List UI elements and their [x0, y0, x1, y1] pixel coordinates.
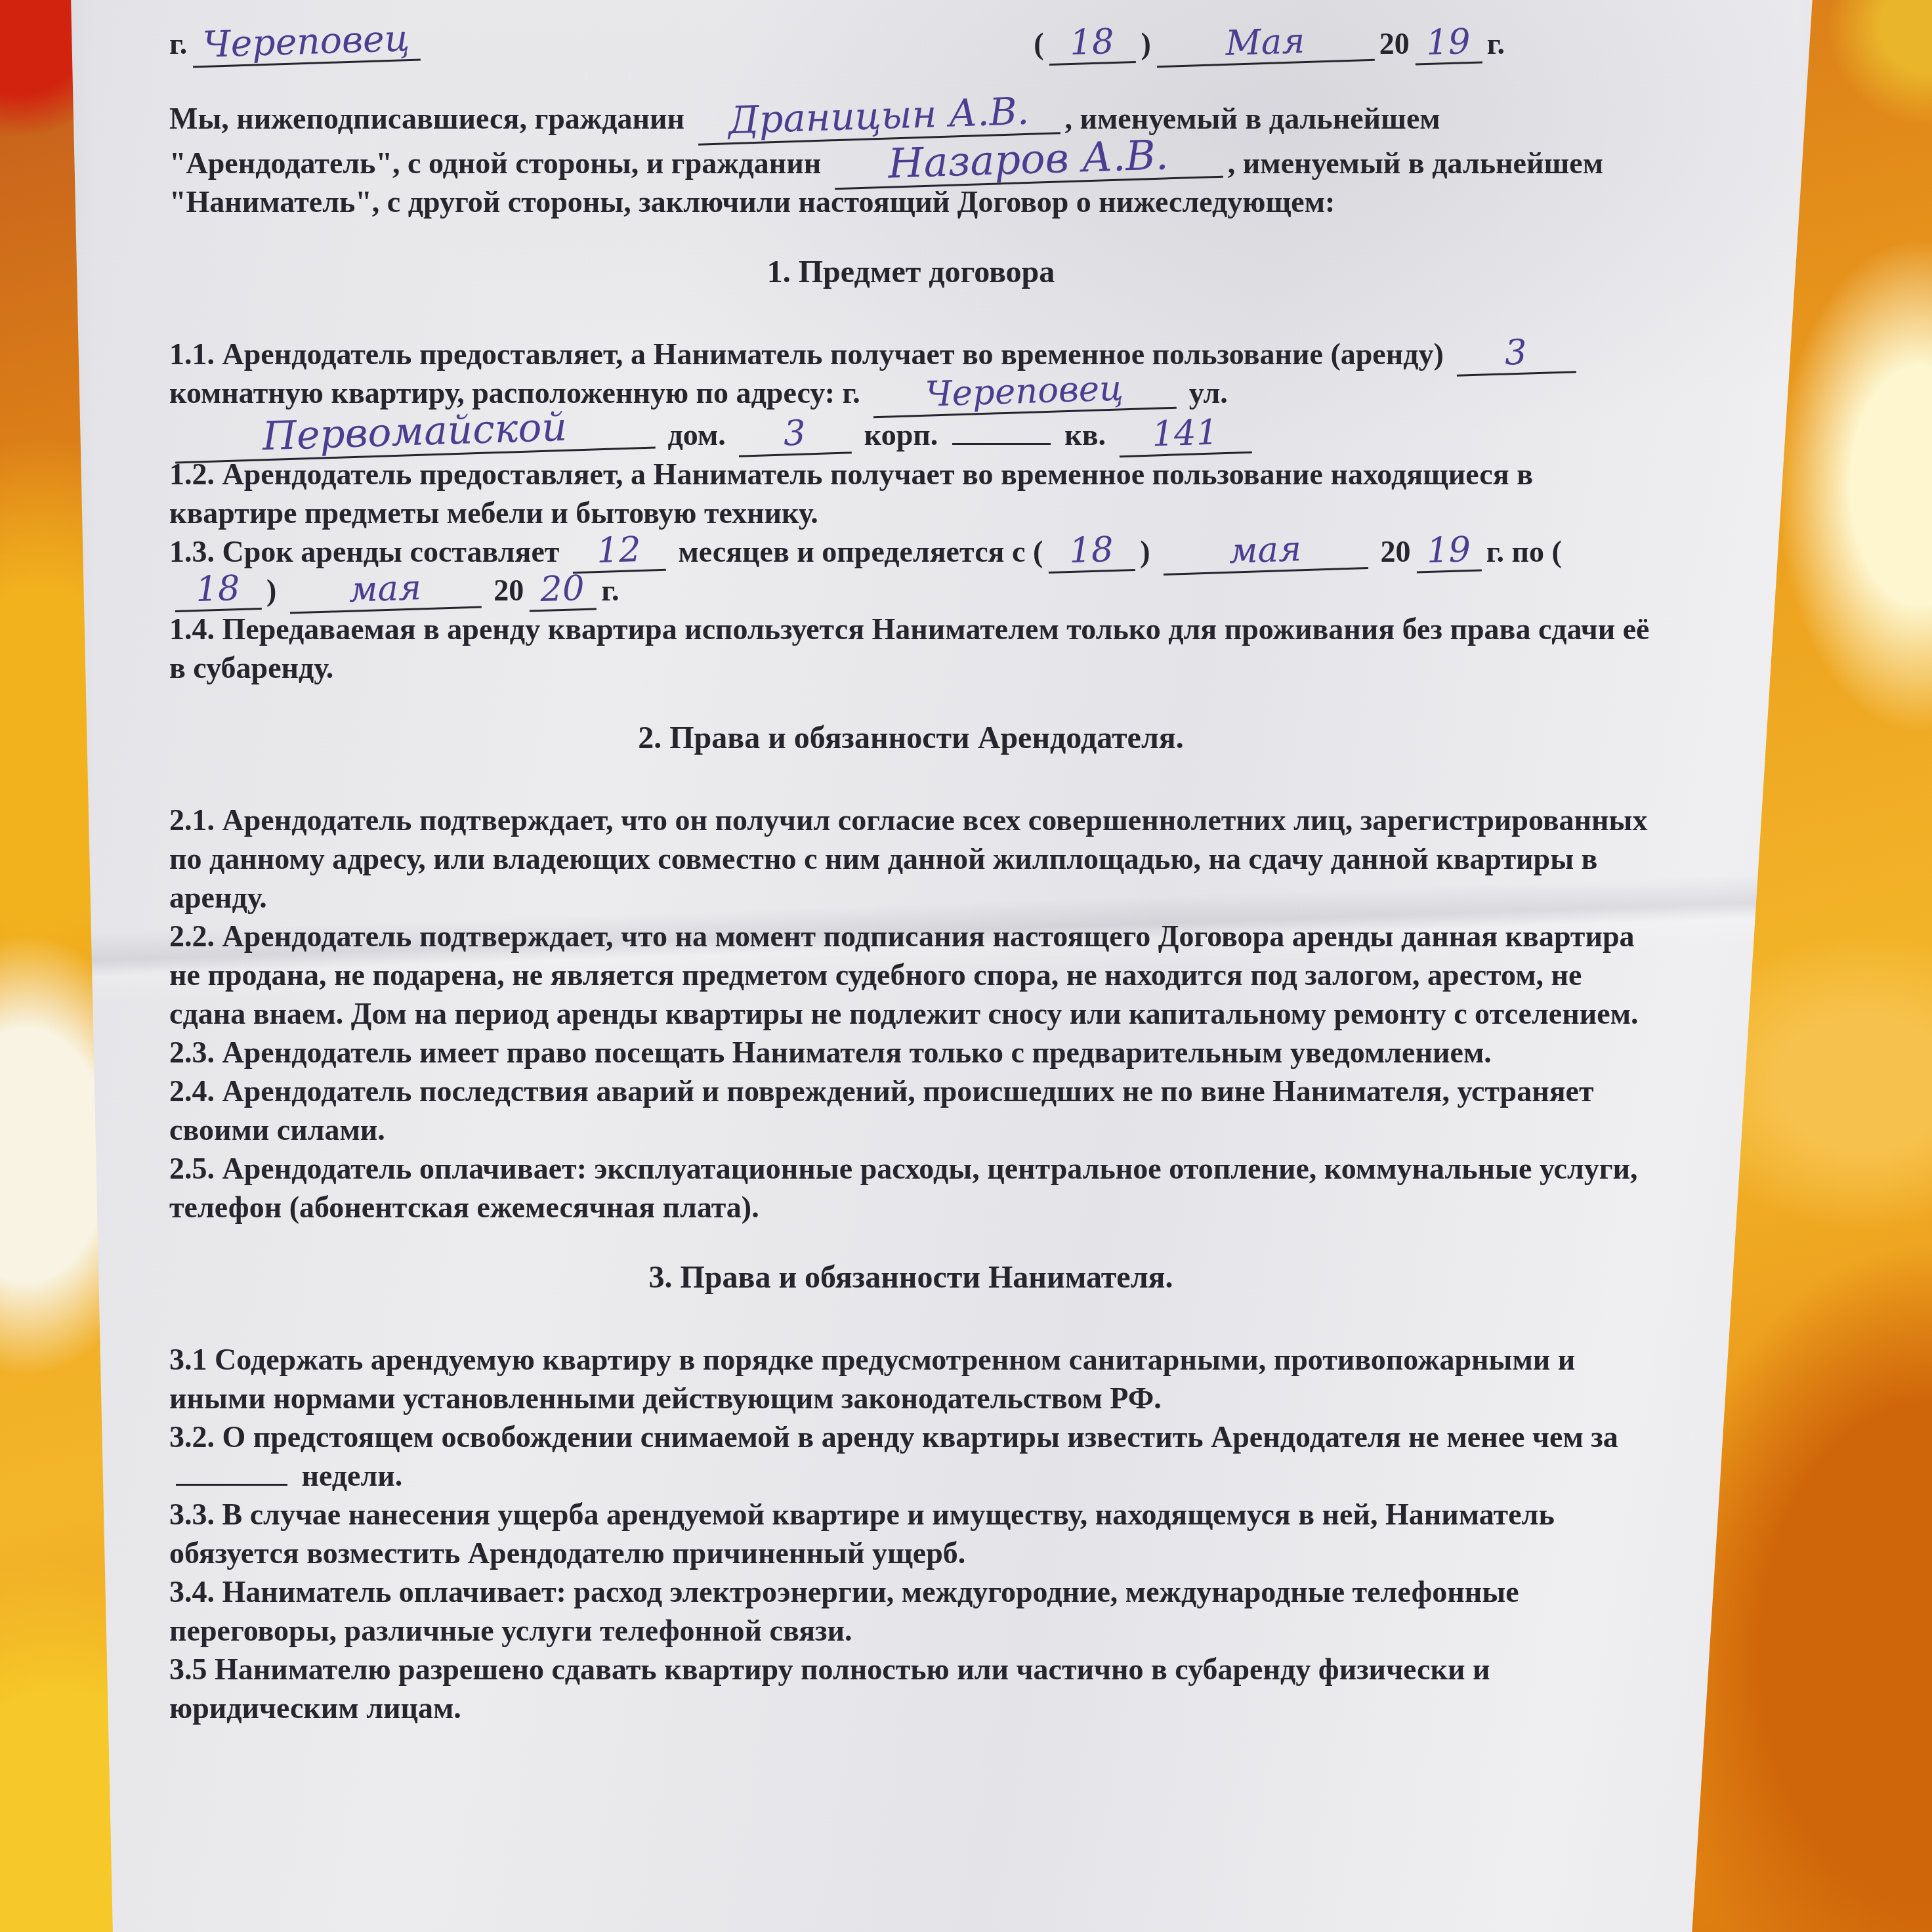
handwritten-entry: мая — [289, 568, 482, 614]
printed-text: 2.3. Арендодатель имеет право посещать Н… — [169, 1036, 1492, 1069]
printed-text: ) — [266, 574, 284, 607]
blank-field — [952, 417, 1051, 445]
clause-1-2: 1.2. Арендодатель предоставляет, а Наним… — [169, 455, 1652, 532]
clause-3-5: 3.5 Нанимателю разрешено сдавать квартир… — [169, 1650, 1652, 1727]
clause-3-3: 3.3. В случае нанесения ущерба арендуемо… — [169, 1495, 1652, 1572]
handwritten-entry: Назаров А.В. — [833, 132, 1223, 190]
printed-text: г. — [601, 574, 619, 607]
printed-text: ( — [1034, 27, 1043, 60]
printed-text: ) — [1140, 535, 1158, 568]
printed-text: 20 — [1379, 27, 1410, 60]
printed-text: г. по ( — [1486, 535, 1562, 568]
clause-2-2: 2.2. Арендодатель подтверждает, что на м… — [169, 917, 1652, 1033]
handwritten-entry: Череповец — [872, 369, 1177, 418]
printed-text: ) — [1141, 27, 1150, 60]
handwritten-entry: Мая — [1156, 22, 1375, 68]
intro-paragraph: Мы, нижеподписавшиеся, гражданин Драницы… — [169, 97, 1652, 221]
handwritten-entry: 12 — [572, 532, 666, 574]
printed-text: 20 — [1373, 535, 1411, 568]
photo-background: г.Череповец(18)Мая2019г.Мы, нижеподписав… — [0, 0, 1932, 1932]
clause-3-1: 3.1 Содержать арендуемую квартиру в поря… — [169, 1340, 1652, 1417]
clause-3-4: 3.4. Наниматель оплачивает: расход элект… — [169, 1572, 1652, 1650]
printed-text: кв. — [1057, 418, 1114, 451]
city-field: г.Череповец — [169, 20, 426, 68]
handwritten-entry: мая — [1162, 530, 1368, 576]
printed-text: дом. — [660, 418, 733, 451]
printed-text: г. — [1487, 27, 1505, 60]
handwritten-entry: Череповец — [192, 20, 421, 68]
section-2-heading: 2. Права и обязанности Арендодателя. — [169, 719, 1652, 757]
contract-document: г.Череповец(18)Мая2019г.Мы, нижеподписав… — [169, 20, 1652, 1727]
handwritten-entry: 18 — [1047, 532, 1135, 574]
section-1-heading: 1. Предмет договора — [169, 253, 1652, 291]
printed-text: г. — [169, 27, 187, 60]
printed-text: 2.4. Арендодатель последствия аварий и п… — [169, 1074, 1594, 1146]
clause-1-1: 1.1. Арендодатель предоставляет, а Наним… — [169, 335, 1652, 455]
date-field: (18)Мая2019г. — [1034, 20, 1505, 68]
printed-text: месяцев и определяется с ( — [671, 535, 1043, 568]
printed-text: комнатную квартиру, расположенную по адр… — [169, 376, 868, 409]
printed-text: недели. — [294, 1459, 402, 1492]
printed-text: 2.2. Арендодатель подтверждает, что на м… — [169, 919, 1638, 1030]
contract-paper: г.Череповец(18)Мая2019г.Мы, нижеподписав… — [0, 0, 1932, 1932]
handwritten-entry: 20 — [528, 570, 597, 612]
clause-2-3: 2.3. Арендодатель имеет право посещать Н… — [169, 1033, 1652, 1072]
clause-1-3: 1.3. Срок аренды составляет 12 месяцев и… — [169, 532, 1652, 610]
handwritten-entry: 19 — [1414, 24, 1482, 65]
printed-text: 1.1. Арендодатель предоставляет, а Наним… — [169, 337, 1451, 371]
printed-text: 3.5 Нанимателю разрешено сдавать квартир… — [169, 1652, 1490, 1725]
printed-text: 1.3. Срок аренды составляет — [169, 535, 567, 568]
printed-text: 3.1 Содержать арендуемую квартиру в поря… — [169, 1343, 1575, 1415]
handwritten-entry: 3 — [738, 414, 852, 457]
section-3-heading: 3. Права и обязанности Нанимателя. — [169, 1258, 1652, 1297]
clause-3-2: 3.2. О предстоящем освобождении снимаемо… — [169, 1417, 1652, 1495]
printed-text: ул. — [1181, 376, 1228, 409]
printed-text: 3.2. О предстоящем освобождении снимаемо… — [169, 1420, 1618, 1454]
handwritten-entry: 3 — [1456, 333, 1576, 377]
printed-text: Мы, нижеподписавшиеся, гражданин — [169, 102, 692, 135]
printed-text: 2.5. Арендодатель оплачивает: эксплуатац… — [169, 1152, 1638, 1224]
dateline: г.Череповец(18)Мая2019г. — [169, 20, 1652, 68]
handwritten-entry: 141 — [1118, 414, 1252, 457]
printed-text: 1.4. Передаваемая в аренду квартира испо… — [169, 612, 1650, 684]
handwritten-entry: 18 — [1049, 24, 1137, 66]
printed-text: корп. — [856, 418, 945, 451]
printed-text: 1.2. Арендодатель предоставляет, а Наним… — [169, 457, 1533, 530]
clause-1-4: 1.4. Передаваемая в аренду квартира испо… — [169, 610, 1652, 687]
printed-text: 3.3. В случае нанесения ущерба арендуемо… — [169, 1498, 1555, 1570]
handwritten-entry: 19 — [1416, 532, 1482, 573]
handwritten-entry: 18 — [174, 570, 262, 612]
printed-text: 2.1. Арендодатель подтверждает, что он п… — [169, 803, 1648, 914]
clause-2-1: 2.1. Арендодатель подтверждает, что он п… — [169, 801, 1652, 917]
printed-text: 20 — [486, 574, 524, 607]
printed-text: 3.4. Наниматель оплачивает: расход элект… — [169, 1575, 1519, 1647]
blank-field — [176, 1458, 287, 1486]
clause-2-4: 2.4. Арендодатель последствия аварий и п… — [169, 1072, 1652, 1149]
clause-2-5: 2.5. Арендодатель оплачивает: эксплуатац… — [169, 1149, 1652, 1227]
